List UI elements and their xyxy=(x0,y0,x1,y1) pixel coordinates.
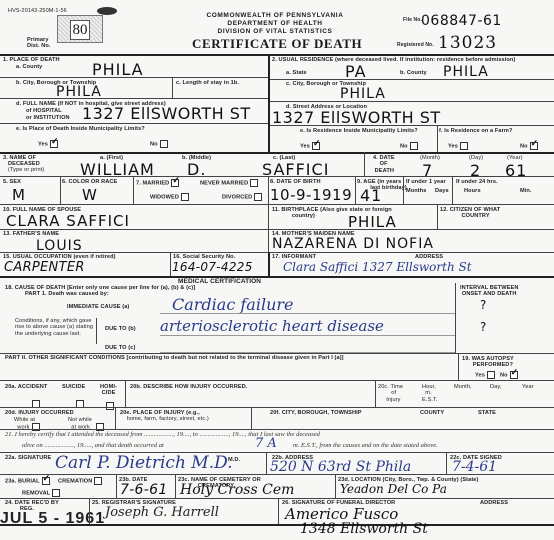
farm-label: f. Is Residence on a Farm? xyxy=(439,128,512,134)
funeral-address-label: ADDRESS xyxy=(480,500,508,506)
date-of-death-label: 4. DATE OF DEATH xyxy=(373,155,395,174)
death-day: 2 xyxy=(470,161,481,180)
due-to-c-label: DUE TO (c) xyxy=(105,345,135,351)
residence-county: PHILA xyxy=(443,64,489,80)
place-of-injury-label: 20e. PLACE OF INJURY (e.g., home, farm, … xyxy=(120,410,209,422)
autopsy-label: 19. WAS AUTOPSY PERFORMED? xyxy=(462,356,514,368)
county-label: a. County xyxy=(16,64,42,70)
never-married-option[interactable]: NEVER MARRIED xyxy=(200,179,258,187)
homicide-label: HOMI- CIDE xyxy=(100,384,117,396)
dob-label: 8. DATE OF BIRTH xyxy=(270,179,321,185)
name-label-3: (Type or print) xyxy=(8,167,44,173)
length-of-stay-label: c. Length of stay in 1b. xyxy=(176,80,239,86)
race-label: 6. COLOR OR RACE xyxy=(62,179,117,185)
immediate-cause: Cardiac failure xyxy=(172,295,294,314)
place-of-death-label: 1. PLACE OF DEATH xyxy=(3,57,60,63)
residence-county-label: b. County xyxy=(400,70,427,76)
suicide-checkbox[interactable] xyxy=(74,395,84,413)
farm-no[interactable]: No xyxy=(520,142,538,150)
injury-year-label: Year xyxy=(522,384,534,390)
death-certificate: HVS-20143-250M-1-56 80 PrimaryDist. No. … xyxy=(0,0,554,540)
primary-dist-box: 80 xyxy=(57,15,103,43)
immediate-cause-label: IMMEDIATE CAUSE (a) xyxy=(67,304,129,310)
injury-county-label: COUNTY xyxy=(420,410,444,416)
time-of-death: 7 A xyxy=(255,436,277,451)
form-code: HVS-20143-250M-1-56 xyxy=(8,8,67,14)
date-signed: 7-4-61 xyxy=(452,459,497,475)
conditions-label: Conditions, if any, which gave rise to a… xyxy=(15,318,95,337)
accident-label: 20a. ACCIDENT xyxy=(5,384,47,390)
primary-dist-label: PrimaryDist. No. xyxy=(27,37,51,49)
certify-line-2a: alive on .................., 19....., an… xyxy=(22,442,164,449)
autopsy-no[interactable]: No xyxy=(500,371,518,379)
header-commonwealth: COMMONWEALTH OF PENNSYLVANIA xyxy=(180,12,370,19)
burial-location: Yeadon Del Co Pa xyxy=(340,482,447,496)
header-department: DEPARTMENT OF HEALTH xyxy=(180,20,370,27)
residence-limits-no[interactable]: No xyxy=(400,142,418,150)
interval-label: INTERVAL BETWEENONSET AND DEATH xyxy=(460,285,518,297)
registrar-signature: Joseph G. Harrell xyxy=(105,505,219,520)
autopsy-yes[interactable]: Yes xyxy=(475,371,495,379)
ssn-value: 164-07-4225 xyxy=(172,260,253,274)
interval-a: ? xyxy=(480,298,487,312)
due-to-b-label: DUE TO (b) xyxy=(105,326,136,332)
burial-option[interactable]: 23a. BURIAL xyxy=(5,477,50,485)
inside-limits-yes[interactable]: Yes xyxy=(38,140,58,148)
injury-occurred-label: 20d. INJURY OCCURRED xyxy=(5,410,74,416)
institution-label: or INSTITUTION xyxy=(26,115,70,121)
informant-value: Clara Saffici 1327 Ellsworth St xyxy=(283,260,472,274)
sex-value: M xyxy=(12,186,26,204)
age-value: 41 xyxy=(360,186,382,205)
citizen-label: 12. CITIZEN OF WHAT COUNTRY xyxy=(440,207,500,219)
physician-signature: Carl P. Dietrich M.D. xyxy=(55,453,233,473)
hospital-label: of HOSPITAL xyxy=(26,108,62,114)
death-place-address: 1327 EllSWORTH ST xyxy=(82,104,251,123)
injury-state-label: STATE xyxy=(478,410,496,416)
suicide-label: SUICIDE xyxy=(62,384,85,390)
cemetery-name: Holy Cross Cem xyxy=(180,482,294,498)
days-label: Days xyxy=(435,188,449,194)
funeral-director-address: 1348 Ellsworth St xyxy=(300,521,428,537)
widowed-option[interactable]: WIDOWED xyxy=(150,193,189,201)
divorced-option[interactable]: DIVORCED xyxy=(222,193,262,201)
inside-limits-label: e. Is Place of Death Inside Municipality… xyxy=(16,126,145,132)
inside-limits-no[interactable]: No xyxy=(150,140,168,148)
usual-residence-label: 2. USUAL RESIDENCE (where deceased lived… xyxy=(272,57,515,63)
file-no-label: File No. xyxy=(403,18,422,24)
certificate-title: CERTIFICATE OF DEATH xyxy=(192,36,362,52)
registered-no-label: Registered No. xyxy=(397,43,434,49)
months-label: Months xyxy=(406,188,426,194)
married-option[interactable]: 7. MARRIED xyxy=(136,179,179,187)
father-label: 13. FATHER'S NAME xyxy=(3,231,59,237)
burial-date: 7-6-61 xyxy=(120,482,168,498)
death-month: 7 xyxy=(422,161,433,180)
homicide-checkbox[interactable] xyxy=(104,397,114,415)
cremation-option[interactable]: CREMATION xyxy=(58,477,102,485)
time-of-injury-label: 20c. Time of Injury xyxy=(378,384,403,403)
injury-day-label: Day, xyxy=(490,384,502,390)
removal-option[interactable]: REMOVAL xyxy=(22,489,60,497)
spouse-name: CLARA SAFFICI xyxy=(6,212,130,230)
sex-label: 5. SEX xyxy=(3,179,21,185)
certify-line-2b: m. E.S.T., from the causes and on the da… xyxy=(293,442,438,449)
interval-b: ? xyxy=(480,320,487,334)
signature-label: 22a. SIGNATURE xyxy=(5,455,51,461)
date-of-birth: 10-9-1919 xyxy=(270,186,352,204)
min-label: Min. xyxy=(520,188,532,194)
city-of-injury-label: 20f. CITY, BOROUGH, TOWNSHIP xyxy=(270,410,362,416)
due-to-b: arteriosclerotic heart disease xyxy=(160,317,384,335)
primary-dist-number: 80 xyxy=(70,20,90,40)
physician-address: 520 N 63rd St Phila xyxy=(270,459,411,475)
part1-label: PART 1. Death was caused by: xyxy=(25,291,109,297)
farm-yes[interactable]: Yes xyxy=(448,142,468,150)
under-24-label: If under 24 hrs. xyxy=(456,179,498,185)
part2-label: PART II. OTHER SIGNIFICANT CONDITIONS [c… xyxy=(5,355,344,361)
death-year: 61 xyxy=(505,161,527,180)
hour-label: Hour, m.E.S.T. xyxy=(422,384,438,403)
describe-injury-label: 20b. DESCRIBE HOW INJURY OCCURRED. xyxy=(130,384,247,390)
file-no: 068847-61 xyxy=(421,13,502,29)
residence-limits-yes[interactable]: Yes xyxy=(300,142,320,150)
mother-maiden-name: NAZARENA DI NOFIA xyxy=(272,236,434,252)
registered-no: 13023 xyxy=(438,33,497,53)
header-division: DIVISION OF VITAL STATISTICS xyxy=(180,28,370,35)
residence-inside-limits-label: e. Is Residence Inside Municipality Limi… xyxy=(300,128,418,134)
residence-city: PHILA xyxy=(340,86,386,102)
under-1yr-label: If under 1 year xyxy=(406,179,446,185)
hours-label: Hours xyxy=(464,188,481,194)
md-label: M.D. xyxy=(228,457,240,463)
injury-month-label: Month, xyxy=(454,384,472,390)
race-value: W xyxy=(82,186,98,204)
occupation-value: CARPENTER xyxy=(4,260,85,275)
state-seal-icon xyxy=(97,7,117,15)
state-label: a. State xyxy=(286,70,307,76)
